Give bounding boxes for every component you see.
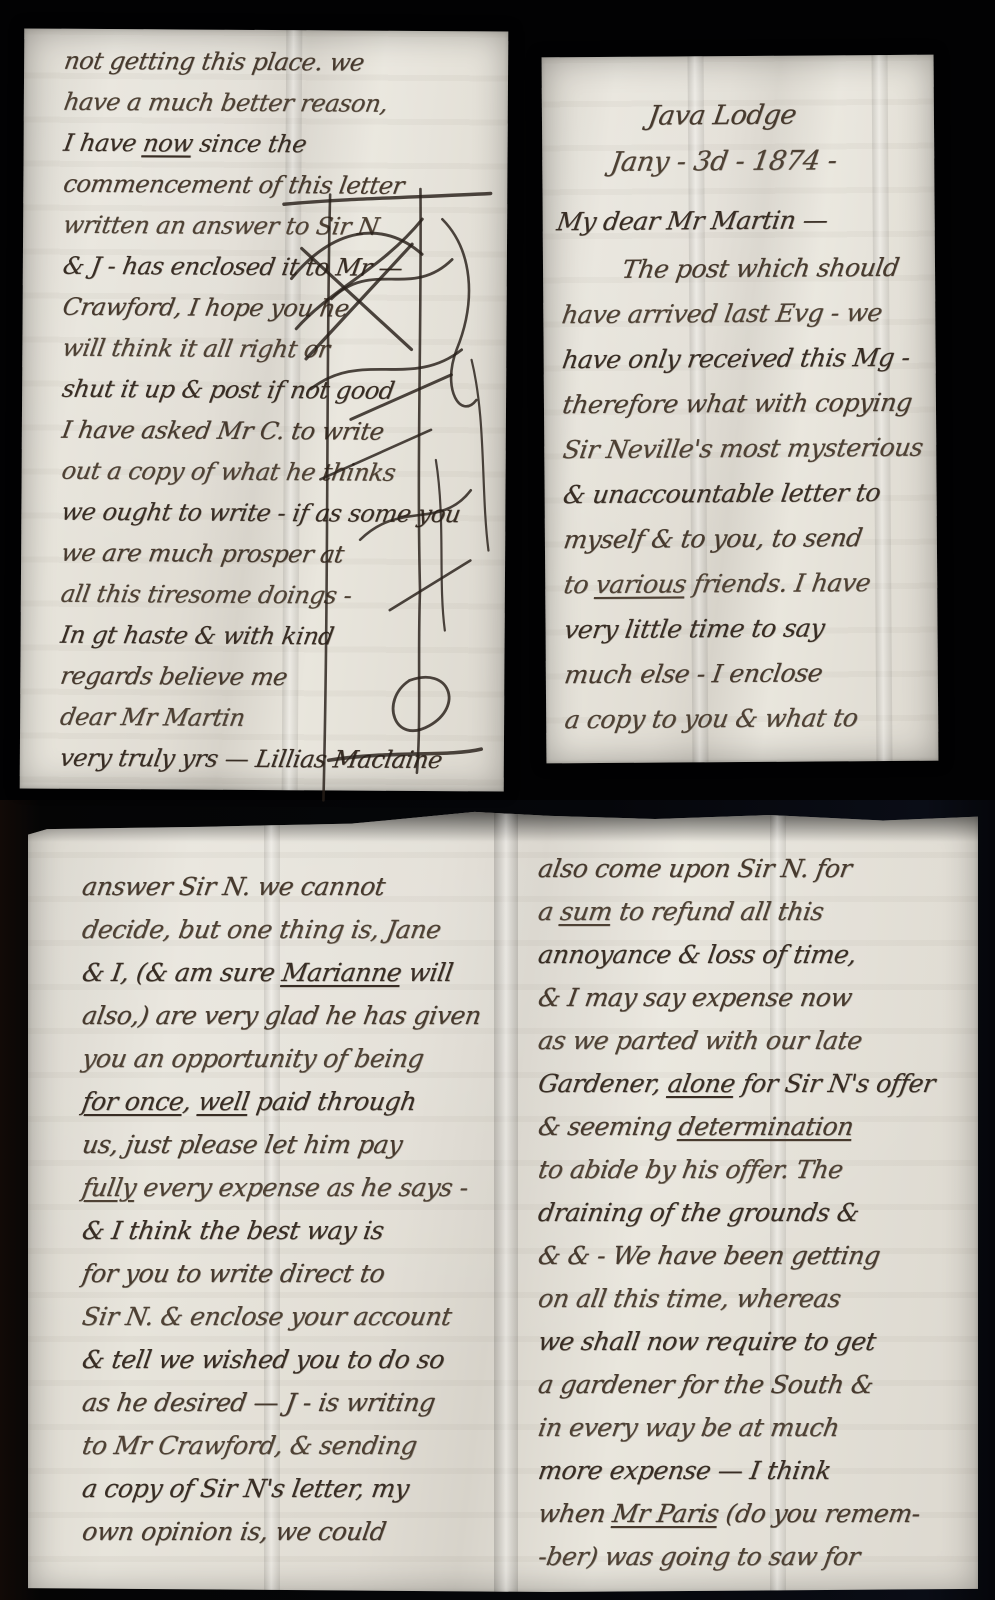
handwritten-line: as we parted with our late xyxy=(534,1026,973,1069)
handwritten-line: you an opportunity of being xyxy=(78,1044,515,1087)
photographed-letter: not getting this place. wehave a much be… xyxy=(0,0,995,1600)
handwritten-line: out a copy of what he thinks xyxy=(57,457,504,501)
handwritten-line: when Mr Paris (do you remem- xyxy=(534,1499,973,1542)
handwritten-line: very little time to say xyxy=(560,613,937,661)
handwritten-line: we ought to write - if as some you xyxy=(57,498,504,542)
handwritten-line: annoyance & loss of time, xyxy=(534,940,973,983)
handwriting-block-left-column: answer Sir N. we cannotdecide, but one t… xyxy=(78,872,508,1560)
handwritten-line: as he desired — J - is writing xyxy=(78,1388,515,1431)
handwritten-line: for once, well paid through xyxy=(78,1087,515,1130)
salutation: My dear Mr Martin — xyxy=(555,205,830,236)
handwritten-line: & & - We have been getting xyxy=(534,1241,973,1284)
handwritten-line: draining of the grounds & xyxy=(534,1198,973,1241)
handwritten-line: In gt haste & with kind xyxy=(56,621,503,665)
letter-page-opening: Java Lodge Jany - 3d - 1874 - My dear Mr… xyxy=(542,55,939,764)
handwritten-line: us, just please let him pay xyxy=(78,1130,515,1173)
handwritten-line: very truly yrs — Lillias Maclaine xyxy=(56,744,503,788)
handwritten-line: shut it up & post if not good xyxy=(58,375,505,419)
handwritten-line: myself & to you, to send xyxy=(559,523,936,571)
handwritten-line: we are much prosper at xyxy=(57,539,504,583)
handwritten-line: regards believe me xyxy=(56,662,503,706)
handwritten-line: & I may say expense now xyxy=(534,983,973,1026)
dateline-place: Java Lodge xyxy=(646,100,798,132)
handwritten-line: Crawford, I hope you he xyxy=(58,293,505,337)
handwritten-line: a copy to you & what to xyxy=(560,703,937,751)
handwritten-line: Sir Neville's most mysterious xyxy=(558,433,935,481)
handwritten-line: dear Mr Martin xyxy=(56,703,503,747)
handwritten-line: on all this time, whereas xyxy=(534,1284,973,1327)
handwritten-line: all this tiresome doings - xyxy=(57,580,504,624)
handwritten-line: commencement of this letter xyxy=(59,170,506,214)
handwriting-block: The post which shouldhave arrived last E… xyxy=(557,253,930,751)
handwritten-line: also,) are very glad he has given xyxy=(78,1001,515,1044)
handwritten-line: to various friends. I have xyxy=(559,568,936,616)
handwritten-line: & tell we wished you to do so xyxy=(78,1345,515,1388)
handwritten-line: I have asked Mr C. to write xyxy=(58,416,505,460)
handwritten-line: & J - has enclosed it to Mr — xyxy=(59,252,506,296)
handwritten-line: own opinion is, we could xyxy=(78,1517,515,1560)
handwritten-line: to Mr Crawford, & sending xyxy=(78,1431,515,1474)
handwritten-line: a sum to refund all this xyxy=(534,897,973,940)
handwritten-line: in every way be at much xyxy=(534,1413,973,1456)
letter-spread-middle-pages: answer Sir N. we cannotdecide, but one t… xyxy=(28,808,978,1592)
handwritten-line: not getting this place. we xyxy=(60,47,507,91)
handwritten-line: I have now since the xyxy=(59,129,506,173)
handwritten-line: will think it all right or xyxy=(58,334,505,378)
handwritten-line: have a much better reason, xyxy=(60,88,507,132)
handwritten-line: have arrived last Evg - we xyxy=(558,298,935,346)
handwritten-line: for you to write direct to xyxy=(78,1259,515,1302)
handwritten-line: to abide by his offer. The xyxy=(534,1155,973,1198)
handwritten-line: written an answer to Sir N xyxy=(59,211,506,255)
dateline-date: Jany - 3d - 1874 - xyxy=(608,145,839,178)
handwritten-line: decide, but one thing is, Jane xyxy=(78,915,515,958)
handwritten-line: & I think the best way is xyxy=(78,1216,515,1259)
handwritten-line: Sir N. & enclose your account xyxy=(78,1302,515,1345)
handwriting-block-right-column: also come upon Sir N. fora sum to refund… xyxy=(534,854,966,1585)
handwritten-line: a copy of Sir N's letter, my xyxy=(78,1474,515,1517)
handwritten-line: have only received this Mg - xyxy=(558,343,935,391)
handwritten-line: fully every expense as he says - xyxy=(78,1173,515,1216)
handwritten-line: The post which should xyxy=(557,253,934,301)
handwritten-line: much else - I enclose xyxy=(560,658,937,706)
handwritten-line: & I, (& am sure Marianne will xyxy=(78,958,515,1001)
handwritten-line: we shall now require to get xyxy=(534,1327,973,1370)
handwritten-line: therefore what with copying xyxy=(558,388,935,436)
handwritten-line: a gardener for the South & xyxy=(534,1370,973,1413)
handwritten-line: -ber) was going to saw for xyxy=(534,1542,973,1585)
handwritten-line: also come upon Sir N. for xyxy=(534,854,973,897)
handwritten-line: & unaccountable letter to xyxy=(559,478,936,526)
handwriting-block: not getting this place. wehave a much be… xyxy=(56,47,500,788)
handwritten-line: answer Sir N. we cannot xyxy=(78,872,515,915)
handwritten-line: Gardener, alone for Sir N's offer xyxy=(534,1069,973,1112)
handwritten-line: more expense — I think xyxy=(534,1456,973,1499)
handwritten-line: & seeming determination xyxy=(534,1112,973,1155)
letter-page-closing: not getting this place. wehave a much be… xyxy=(20,29,509,792)
